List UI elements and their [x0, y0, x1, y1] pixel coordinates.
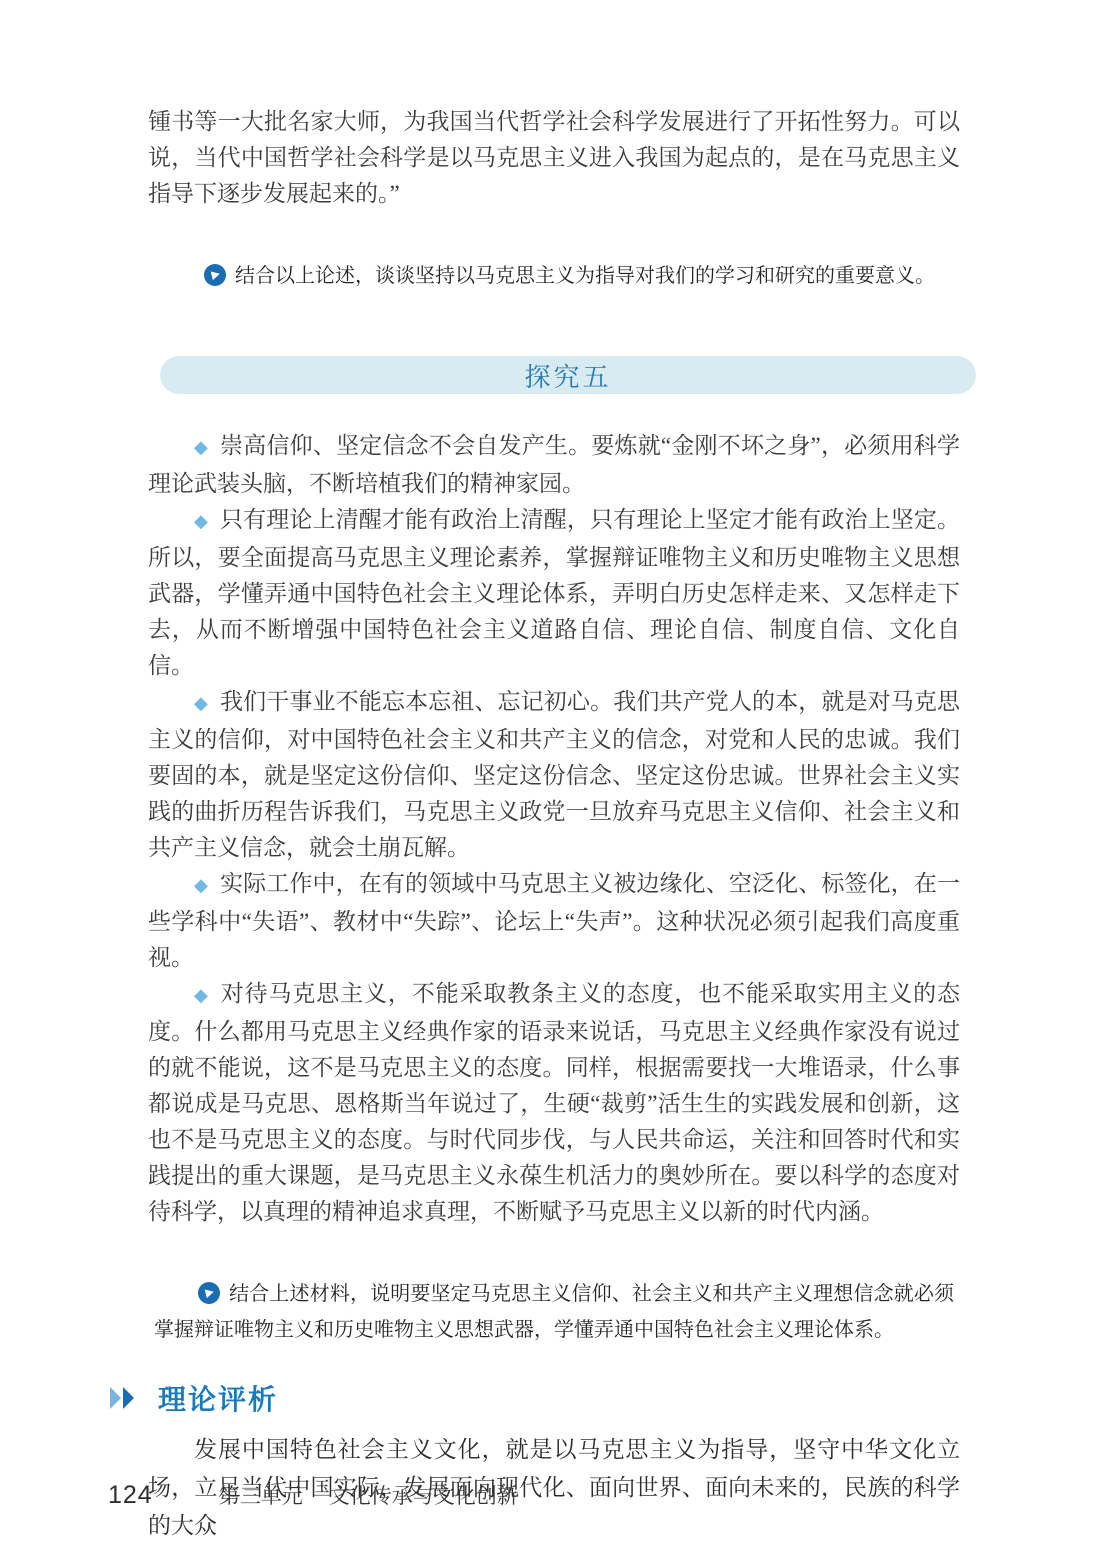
bullet-text: 只有理论上清醒才能有政治上清醒，只有理论上坚定才能有政治上坚定。所以，要全面提高… [148, 507, 960, 678]
list-item: ◆只有理论上清醒才能有政治上清醒，只有理论上坚定才能有政治上坚定。所以，要全面提… [148, 502, 960, 684]
diamond-bullet-icon: ◆ [194, 437, 208, 458]
explore-banner: 探究五 [160, 356, 976, 394]
question-block-1: 结合以上论述，谈谈坚持以马克思主义为指导对我们的学习和研究的重要意义。 [204, 258, 960, 294]
section-title: 理论评析 [158, 1378, 278, 1418]
question-text: 结合上述材料，说明要坚定马克思主义信仰、社会主义和共产主义理想信念就必须掌握辩证… [154, 1283, 954, 1341]
theory-section-heading: 理论评析 [108, 1378, 960, 1418]
page-footer: 124 第三单元 文化传承与文化创新 [108, 1480, 518, 1510]
diamond-bullet-icon: ◆ [194, 875, 208, 896]
question-text: 结合以上论述，谈谈坚持以马克思主义为指导对我们的学习和研究的重要意义。 [235, 265, 935, 287]
bullet-text: 实际工作中，在有的领域中马克思主义被边缘化、空泛化、标签化，在一些学科中“失语”… [148, 871, 960, 970]
diamond-bullet-icon: ◆ [194, 511, 208, 532]
list-item: ◆对待马克思主义，不能采取教条主义的态度，也不能采取实用主义的态度。什么都用马克… [148, 976, 960, 1230]
explore-bullet-list: ◆崇高信仰、坚定信念不会自发产生。要炼就“金刚不坏之身”，必须用科学理论武装头脑… [148, 428, 960, 1230]
footer-title: 文化传承与文化创新 [329, 1480, 518, 1510]
intro-paragraph: 锺书等一大批名家大师，为我国当代哲学社会科学发展进行了开拓性努力。可以说，当代中… [148, 104, 960, 212]
bullet-text: 对待马克思主义，不能采取教条主义的态度，也不能采取实用主义的态度。什么都用马克思… [148, 981, 960, 1224]
list-item: ◆崇高信仰、坚定信念不会自发产生。要炼就“金刚不坏之身”，必须用科学理论武装头脑… [148, 428, 960, 502]
explore-banner-title: 探究五 [524, 357, 611, 394]
bullet-text: 我们干事业不能忘本忘祖、忘记初心。我们共产党人的本，就是对马克思主义的信仰，对中… [148, 689, 960, 860]
bullet-text: 崇高信仰、坚定信念不会自发产生。要炼就“金刚不坏之身”，必须用科学理论武装头脑，… [148, 433, 960, 496]
double-arrow-icon [108, 1385, 142, 1411]
textbook-page: 锺书等一大批名家大师，为我国当代哲学社会科学发展进行了开拓性努力。可以说，当代中… [0, 0, 1102, 1559]
footer-unit: 第三单元 [219, 1480, 303, 1510]
diamond-bullet-icon: ◆ [194, 693, 208, 714]
page-number: 124 [108, 1481, 153, 1510]
arrow-circle-icon [204, 264, 226, 286]
arrow-circle-icon [198, 1282, 220, 1304]
list-item: ◆实际工作中，在有的领域中马克思主义被边缘化、空泛化、标签化，在一些学科中“失语… [148, 866, 960, 976]
question-block-2: 结合上述材料，说明要坚定马克思主义信仰、社会主义和共产主义理想信念就必须掌握辩证… [154, 1276, 954, 1348]
list-item: ◆我们干事业不能忘本忘祖、忘记初心。我们共产党人的本，就是对马克思主义的信仰，对… [148, 684, 960, 866]
diamond-bullet-icon: ◆ [194, 985, 209, 1006]
